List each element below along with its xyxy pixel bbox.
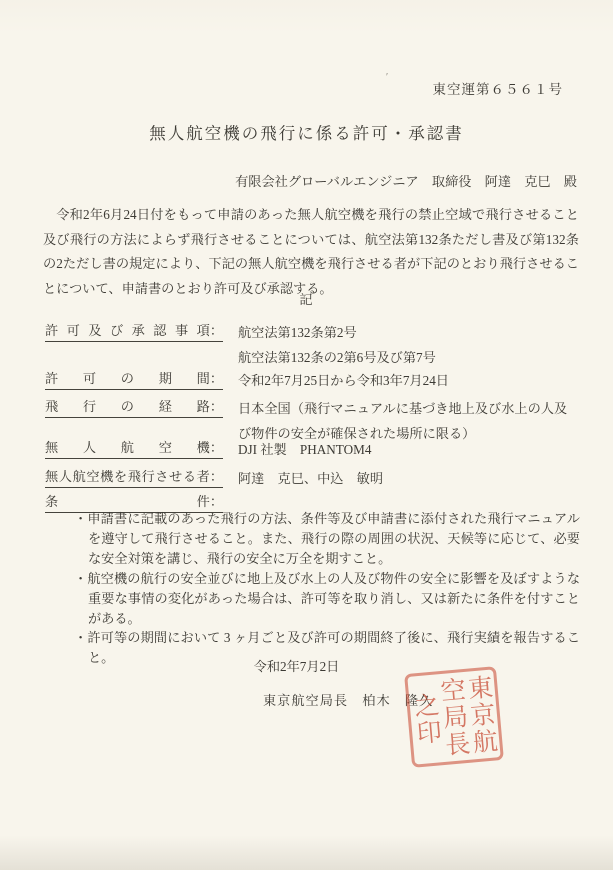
field-row-operators: 無人航空機を飛行させる者： 阿達 克巳、中込 敏明 <box>45 466 579 491</box>
document-number: 東空運第６５６１号 <box>433 78 564 98</box>
condition-item: ・申請書に記載のあった飛行の方法、条件等及び申請書に添付された飛行マニュアルを遵… <box>74 509 580 569</box>
conditions-list: ・申請書に記載のあった飛行の方法、条件等及び申請書に添付された飛行マニュアルを遵… <box>74 509 580 668</box>
field-row-approval-items: 許可及び承認事項： 航空法第132条第2号 航空法第132条の2第6号及び第7号 <box>45 320 579 370</box>
field-value: 阿達 克巳、中込 敏明 <box>223 466 579 491</box>
field-label: 許可及び承認事項： <box>45 320 223 342</box>
scan-artifact: ′ <box>386 72 388 83</box>
ki-heading: 記 <box>0 289 613 308</box>
page-title: 無人航空機の飛行に係る許可・承認書 <box>0 120 613 144</box>
field-row-uav-model: 無人航空機： DJI 社製 PHANTOM4 <box>45 437 579 462</box>
field-value: 令和2年7月25日から令和3年7月24日 <box>223 368 579 393</box>
field-label: 無人航空機： <box>45 437 223 459</box>
bullet-glyph: ・ <box>74 511 87 526</box>
field-label: 許可の期間： <box>45 368 223 390</box>
field-value: 航空法第132条第2号 航空法第132条の2第6号及び第7号 <box>223 320 579 370</box>
field-label: 無人航空機を飛行させる者： <box>45 466 223 488</box>
addressee-line: 有限会社グローバルエンジニア 取締役 阿達 克巳 殿 <box>235 171 577 190</box>
bullet-glyph: ・ <box>74 571 87 586</box>
field-row-permit-period: 許可の期間： 令和2年7月25日から令和3年7月24日 <box>45 368 579 393</box>
official-red-seal: 東京航 空局長 之印 <box>404 666 504 768</box>
scanned-permit-document: ′ 東空運第６５６１号 無人航空機の飛行に係る許可・承認書 有限会社グローバルエ… <box>0 0 613 870</box>
field-value: DJI 社製 PHANTOM4 <box>223 437 579 462</box>
body-paragraph: 令和2年6月24日付をもって申請のあった無人航空機を飛行の禁止空域で飛行させるこ… <box>43 203 579 301</box>
condition-item: ・航空機の航行の安全並びに地上及び水上の人及び物件の安全に影響を及ぼすような重要… <box>74 569 580 629</box>
field-label: 飛行の経路： <box>45 396 223 418</box>
issue-date: 令和2年7月2日 <box>0 656 603 675</box>
bullet-glyph: ・ <box>74 630 87 645</box>
